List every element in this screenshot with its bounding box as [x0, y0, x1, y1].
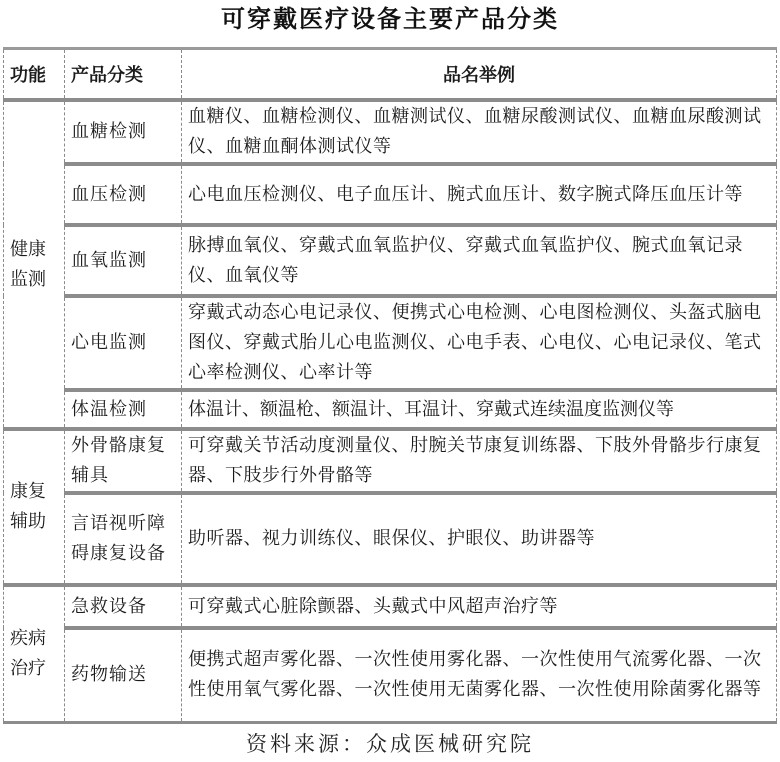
table-header-row: 功能 产品分类 品名举例 — [4, 49, 777, 101]
function-cell-disease-treatment: 疾病 治疗 — [4, 585, 65, 722]
table-row: 康复 辅助 外骨骼康复辅具 可穿戴关节活动度测量仪、肘腕关节康复训练器、下肢外骨… — [4, 429, 777, 493]
category-cell: 外骨骼康复辅具 — [65, 429, 182, 493]
examples-cell: 体温计、额温枪、额温计、耳温计、穿戴式连续温度监测仪等 — [182, 390, 777, 429]
function-cell-rehabilitation: 康复 辅助 — [4, 429, 65, 585]
header-examples: 品名举例 — [182, 49, 777, 101]
category-cell: 心电监测 — [65, 296, 182, 390]
table-row: 心电监测 穿戴式动态心电记录仪、便携式心电检测、心电图检测仪、头盔式脑电图仪、穿… — [4, 296, 777, 390]
examples-cell: 可穿戴关节活动度测量仪、肘腕关节康复训练器、下肢外骨骼步行康复器、下肢步行外骨骼… — [182, 429, 777, 493]
category-cell: 血氧监测 — [65, 225, 182, 296]
category-cell: 言语视听障碍康复设备 — [65, 493, 182, 585]
table-row: 血压检测 心电血压检测仪、电子血压计、腕式血压计、数字腕式降压血压计等 — [4, 164, 777, 225]
function-cell-health-monitoring: 健康 监测 — [4, 100, 65, 429]
table-row: 体温检测 体温计、额温枪、额温计、耳温计、穿戴式连续温度监测仪等 — [4, 390, 777, 429]
category-cell: 药物输送 — [65, 628, 182, 722]
category-cell: 血压检测 — [65, 164, 182, 225]
examples-cell: 助听器、视力训练仪、眼保仪、护眼仪、助讲器等 — [182, 493, 777, 585]
header-category: 产品分类 — [65, 49, 182, 101]
source-note: 资料来源：众成医械研究院 — [0, 728, 780, 758]
category-cell: 体温检测 — [65, 390, 182, 429]
function-label: 辅助 — [10, 507, 58, 537]
table-row: 药物输送 便携式超声雾化器、一次性使用雾化器、一次性使用气流雾化器、一次性使用氧… — [4, 628, 777, 722]
page-title: 可穿戴医疗设备主要产品分类 — [0, 3, 780, 35]
examples-cell: 可穿戴式心脏除颤器、头戴式中风超声治疗等 — [182, 585, 777, 628]
table-row: 言语视听障碍康复设备 助听器、视力训练仪、眼保仪、护眼仪、助讲器等 — [4, 493, 777, 585]
function-label: 疾病 — [10, 624, 58, 654]
examples-cell: 血糖仪、血糖检测仪、血糖测试仪、血糖尿酸测试仪、血糖血尿酸测试仪、血糖血酮体测试… — [182, 100, 777, 164]
table-row: 疾病 治疗 急救设备 可穿戴式心脏除颤器、头戴式中风超声治疗等 — [4, 585, 777, 628]
function-label: 康复 — [10, 477, 58, 507]
product-classification-table: 功能 产品分类 品名举例 健康 监测 血糖检测 血糖仪、血糖检测仪、血糖测试仪、… — [3, 47, 777, 724]
examples-cell: 脉搏血氧仪、穿戴式血氧监护仪、穿戴式血氧监护仪、腕式血氧记录仪、血氧仪等 — [182, 225, 777, 296]
category-cell: 血糖检测 — [65, 100, 182, 164]
function-label: 监测 — [10, 265, 58, 295]
function-label: 健康 — [10, 235, 58, 265]
table-row: 血氧监测 脉搏血氧仪、穿戴式血氧监护仪、穿戴式血氧监护仪、腕式血氧记录仪、血氧仪… — [4, 225, 777, 296]
examples-cell: 穿戴式动态心电记录仪、便携式心电检测、心电图检测仪、头盔式脑电图仪、穿戴式胎儿心… — [182, 296, 777, 390]
header-function: 功能 — [4, 49, 65, 101]
category-cell: 急救设备 — [65, 585, 182, 628]
examples-cell: 便携式超声雾化器、一次性使用雾化器、一次性使用气流雾化器、一次性使用氧气雾化器、… — [182, 628, 777, 722]
function-label: 治疗 — [10, 654, 58, 684]
table-row: 健康 监测 血糖检测 血糖仪、血糖检测仪、血糖测试仪、血糖尿酸测试仪、血糖血尿酸… — [4, 100, 777, 164]
examples-cell: 心电血压检测仪、电子血压计、腕式血压计、数字腕式降压血压计等 — [182, 164, 777, 225]
